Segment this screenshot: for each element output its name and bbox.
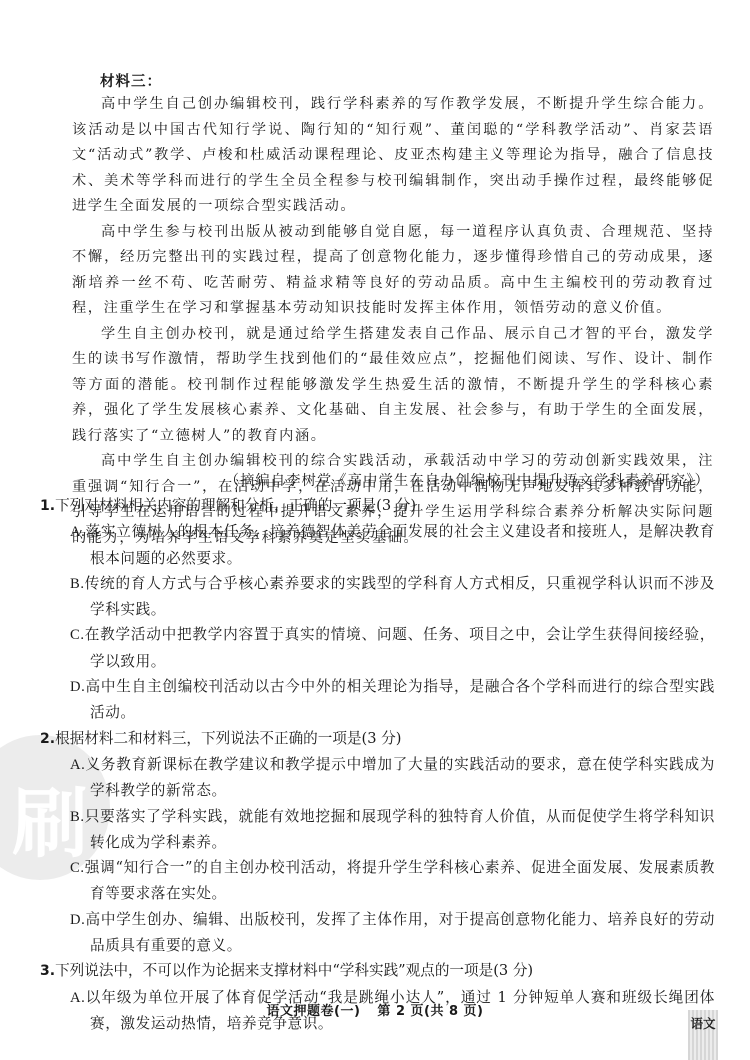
question-number: 1. xyxy=(40,498,55,514)
option-letter: D. xyxy=(70,912,85,928)
option-letter: A. xyxy=(70,757,85,773)
option-c: C.强调“知行合一”的自主创办校刊活动，将提升学生学科核心素养、促进全面发展、发… xyxy=(40,855,715,907)
option-letter: C. xyxy=(70,627,85,643)
question-3: 3.下列说法中，不可以作为论据来支撑材料中“学科实践”观点的一项是(3 分) A… xyxy=(40,958,715,1036)
question-stem: 2.根据材料二和材料三，下列说法不正确的一项是(3 分) xyxy=(40,726,715,752)
question-text: 下列对材料相关内容的理解和分析，正确的一项是(3 分) xyxy=(55,497,416,514)
question-2: 2.根据材料二和材料三，下列说法不正确的一项是(3 分) A.义务教育新课标在教… xyxy=(40,726,715,959)
option-c: C.在教学活动中把教学内容置于真实的情境、问题、任务、项目之中，会让学生获得间接… xyxy=(40,622,715,674)
question-number: 3. xyxy=(40,963,55,979)
option-text: 高中学生创办、编辑、出版校刊，发挥了主体作用，对于提高创意物化能力、培养良好的劳… xyxy=(85,911,715,954)
option-text: 强调“知行合一”的自主创办校刊活动，将提升学生学科核心素养、促进全面发展、发展素… xyxy=(85,859,715,902)
material-paragraph-2: 高中学生参与校刊出版从被动到能够自觉自愿，每一道程序认真负责、合理规范、坚持不懈… xyxy=(72,220,714,322)
option-d: D.高中学生创办、编辑、出版校刊，发挥了主体作用，对于提高创意物化能力、培养良好… xyxy=(40,907,715,959)
option-letter: D. xyxy=(70,679,85,695)
question-text: 下列说法中，不可以作为论据来支撑材料中“学科实践”观点的一项是(3 分) xyxy=(55,962,533,979)
side-tab-label: 语文 xyxy=(688,1014,718,1032)
question-list: 1.下列对材料相关内容的理解和分析，正确的一项是(3 分) A.落实立德树人的根… xyxy=(40,493,715,1036)
question-1: 1.下列对材料相关内容的理解和分析，正确的一项是(3 分) A.落实立德树人的根… xyxy=(40,493,715,726)
option-b: B.传统的育人方式与合乎核心素养要求的实践型的学科育人方式相反，只重视学科认识而… xyxy=(40,571,715,623)
footer-page-number: 第 2 页(共 8 页) xyxy=(377,1004,483,1019)
subject-side-tab: 语文 xyxy=(688,1010,718,1060)
option-letter: B. xyxy=(70,576,85,592)
page-footer: 语文押题卷(一) 第 2 页(共 8 页) xyxy=(0,1000,750,1019)
material-title: 材料三： xyxy=(100,70,162,91)
material-paragraph-3: 学生自主创办校刊，就是通过给学生搭建发表自己作品、展示自己才智的平台，激发学生的… xyxy=(72,322,714,450)
option-d: D.高中生自主创编校刊活动以古今中外的相关理论为指导，是融合各个学科而进行的综合… xyxy=(40,674,715,726)
question-stem: 3.下列说法中，不可以作为论据来支撑材料中“学科实践”观点的一项是(3 分) xyxy=(40,958,715,984)
question-number: 2. xyxy=(40,731,55,747)
option-text: 只要落实了学科实践，就能有效地挖掘和展现学科的独特育人价值，从而促使学生将学科知… xyxy=(85,808,715,851)
question-text: 根据材料二和材料三，下列说法不正确的一项是(3 分) xyxy=(55,730,401,747)
option-text: 义务教育新课标在教学建议和教学提示中增加了大量的实践活动的要求，意在使学科实践成… xyxy=(85,756,715,799)
material-paragraph-1: 高中学生自己创办编辑校刊，践行学科素养的写作教学发展，不断提升学生综合能力。该活… xyxy=(72,92,714,220)
question-stem: 1.下列对材料相关内容的理解和分析，正确的一项是(3 分) xyxy=(40,493,715,519)
material-source: （摘编自李树堂《高中学生在自办创编校刊中提升语文学科素养研究》） xyxy=(225,470,710,490)
option-text: 高中生自主创编校刊活动以古今中外的相关理论为指导，是融合各个学科而进行的综合型实… xyxy=(85,678,715,721)
option-a: A.落实立德树人的根本任务，培养德智体美劳全面发展的社会主义建设者和接班人，是解… xyxy=(40,519,715,571)
option-a: A.义务教育新课标在教学建议和教学提示中增加了大量的实践活动的要求，意在使学科实… xyxy=(40,752,715,804)
option-text: 在教学活动中把教学内容置于真实的情境、问题、任务、项目之中，会让学生获得间接经验… xyxy=(85,626,715,669)
option-letter: A. xyxy=(70,524,85,540)
option-text: 落实立德树人的根本任务，培养德智体美劳全面发展的社会主义建设者和接班人，是解决教… xyxy=(85,523,715,566)
option-b: B.只要落实了学科实践，就能有效地挖掘和展现学科的独特育人价值，从而促使学生将学… xyxy=(40,804,715,856)
option-text: 传统的育人方式与合乎核心素养要求的实践型的学科育人方式相反，只重视学科认识而不涉… xyxy=(85,575,715,618)
option-letter: C. xyxy=(70,860,85,876)
option-letter: B. xyxy=(70,809,85,825)
exam-page: 刷 材料三： 高中学生自己创办编辑校刊，践行学科素养的写作教学发展，不断提升学生… xyxy=(0,0,750,1060)
footer-title: 语文押题卷(一) xyxy=(267,1004,361,1019)
